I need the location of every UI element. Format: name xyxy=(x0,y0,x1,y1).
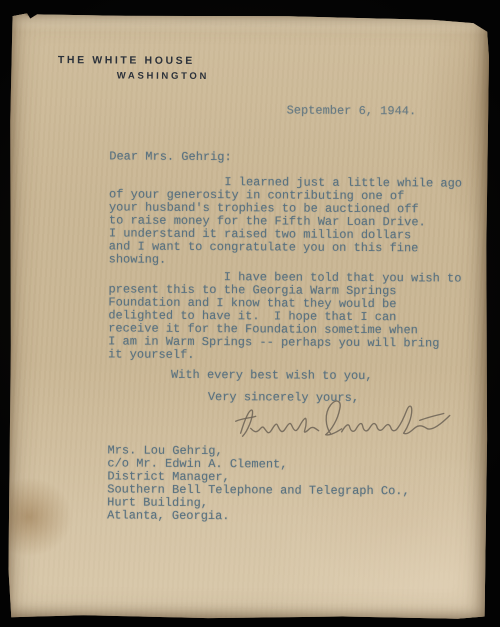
closing-wish-line: With every best wish to you, xyxy=(171,369,373,383)
letterhead: THE WHITE HOUSE WASHINGTON xyxy=(58,54,209,82)
letterhead-line2: WASHINGTON xyxy=(117,70,209,82)
recipient-address-block: Mrs. Lou Gehrig, c/o Mr. Edwin A. Clemen… xyxy=(107,444,410,524)
body-paragraph-1: I learned just a little while ago of you… xyxy=(109,175,462,268)
body-paragraph-2: I have been told that you wish to presen… xyxy=(108,270,461,363)
letterhead-line1: THE WHITE HOUSE xyxy=(58,54,209,67)
letter-paper: THE WHITE HOUSE WASHINGTON September 6, … xyxy=(6,12,490,621)
date-line: September 6, 1944. xyxy=(287,105,417,119)
photo-background: THE WHITE HOUSE WASHINGTON September 6, … xyxy=(0,0,500,627)
salutation: Dear Mrs. Gehrig: xyxy=(109,150,231,164)
